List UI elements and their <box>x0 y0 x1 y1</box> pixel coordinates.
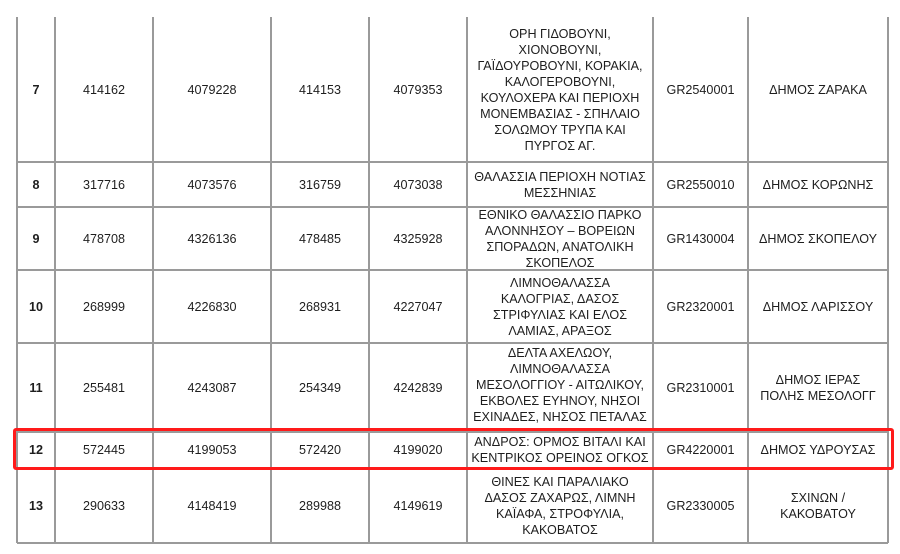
coord-x1-text: 414162 <box>83 82 125 98</box>
municipality-text: ΔΗΜΟΣ ΖΑΡΑΚΑ <box>769 82 867 98</box>
coord-y1-text: 4226830 <box>187 299 236 315</box>
table-row-divider <box>17 342 888 344</box>
coord-y2-cell: 4227047 <box>369 270 467 343</box>
row-index-cell: 8 <box>17 162 55 207</box>
municipality-cell: ΣΧΙΝΩΝ / ΚΑΚΟΒΑΤΟΥ <box>748 468 888 543</box>
municipality-cell: ΔΗΜΟΣ ΖΑΡΑΚΑ <box>748 17 888 162</box>
coord-y1-text: 4199053 <box>187 442 236 458</box>
municipality-cell: ΔΗΜΟΣ ΣΚΟΠΕΛΟΥ <box>748 207 888 270</box>
site-code-text: GR2540001 <box>667 82 735 98</box>
site-code-text: GR4220001 <box>667 442 735 458</box>
area-name-text: ΘΑΛΑΣΣΙΑ ΠΕΡΙΟΧΗ ΝΟΤΙΑΣ ΜΕΣΣΗΝΙΑΣ <box>474 169 646 201</box>
table-column-divider <box>16 17 18 543</box>
coord-y2-text: 4199020 <box>393 442 442 458</box>
area-name-text: ΔΕΛΤΑ ΑΧΕΛΩΟΥ, ΛΙΜΝΟΘΑΛΑΣΣΑ ΜΕΣΟΛΟΓΓΙΟΥ … <box>473 345 647 425</box>
site-code-text: GR2550010 <box>667 177 735 193</box>
area-name-cell: ΕΘΝΙΚΟ ΘΑΛΑΣΣΙΟ ΠΑΡΚΟ ΑΛΟΝΝΗΣΟΥ – ΒΟΡΕΙΩ… <box>467 207 653 270</box>
municipality-text: ΔΗΜΟΣ ΛΑΡΙΣΣΟΥ <box>763 299 873 315</box>
coord-x2-text: 572420 <box>299 442 341 458</box>
municipality-text: ΔΗΜΟΣ ΙΕΡΑΣ ΠΟΛΗΣ ΜΕΣΟΛΟΓΓ <box>760 372 876 404</box>
row-index-text: 13 <box>29 498 43 514</box>
row-index-text: 8 <box>32 177 39 193</box>
table-row-divider <box>17 431 888 433</box>
coord-x1-text: 572445 <box>83 442 125 458</box>
municipality-cell: ΔΗΜΟΣ ΥΔΡΟΥΣΑΣ <box>748 432 888 468</box>
row-index-text: 9 <box>32 231 39 247</box>
municipality-cell: ΔΗΜΟΣ ΚΟΡΩΝΗΣ <box>748 162 888 207</box>
area-name-cell: ΑΝΔΡΟΣ: ΟΡΜΟΣ ΒΙΤΑΛΙ ΚΑΙ ΚΕΝΤΡΙΚΟΣ ΟΡΕΙΝ… <box>467 432 653 468</box>
row-index-cell: 10 <box>17 270 55 343</box>
site-code-cell: GR2320001 <box>653 270 748 343</box>
area-name-cell: ΟΡΗ ΓΙΔΟΒΟΥΝΙ, ΧΙΟΝΟΒΟΥΝΙ, ΓΑΪΔΟΥΡΟΒΟΥΝΙ… <box>467 17 653 162</box>
coord-y2-cell: 4242839 <box>369 343 467 432</box>
coord-x1-text: 317716 <box>83 177 125 193</box>
row-index-cell: 12 <box>17 432 55 468</box>
coord-x1-text: 290633 <box>83 498 125 514</box>
municipality-text: ΣΧΙΝΩΝ / ΚΑΚΟΒΑΤΟΥ <box>780 490 856 522</box>
coord-x1-cell: 255481 <box>55 343 153 432</box>
table-row-divider <box>17 161 888 163</box>
area-name-text: ΘΙΝΕΣ ΚΑΙ ΠΑΡΑΛΙΑΚΟ ΔΑΣΟΣ ΖΑΧΑΡΩΣ, ΛΙΜΝΗ… <box>484 474 635 538</box>
site-code-cell: GR2540001 <box>653 17 748 162</box>
coord-x1-text: 268999 <box>83 299 125 315</box>
coord-x2-text: 268931 <box>299 299 341 315</box>
document-page: 741416240792284141534079353ΟΡΗ ΓΙΔΟΒΟΥΝΙ… <box>0 0 900 554</box>
coord-y2-text: 4325928 <box>393 231 442 247</box>
table-row-divider <box>17 542 888 544</box>
table-column-divider <box>652 17 654 543</box>
area-name-text: ΕΘΝΙΚΟ ΘΑΛΑΣΣΙΟ ΠΑΡΚΟ ΑΛΟΝΝΗΣΟΥ – ΒΟΡΕΙΩ… <box>479 207 642 270</box>
municipality-cell: ΔΗΜΟΣ ΙΕΡΑΣ ΠΟΛΗΣ ΜΕΣΟΛΟΓΓ <box>748 343 888 432</box>
area-name-cell: ΘΙΝΕΣ ΚΑΙ ΠΑΡΑΛΙΑΚΟ ΔΑΣΟΣ ΖΑΧΑΡΩΣ, ΛΙΜΝΗ… <box>467 468 653 543</box>
area-name-text: ΟΡΗ ΓΙΔΟΒΟΥΝΙ, ΧΙΟΝΟΒΟΥΝΙ, ΓΑΪΔΟΥΡΟΒΟΥΝΙ… <box>477 26 642 154</box>
coord-y1-text: 4073576 <box>187 177 236 193</box>
table-column-divider <box>887 17 889 543</box>
coord-y2-text: 4073038 <box>393 177 442 193</box>
coord-x2-text: 414153 <box>299 82 341 98</box>
row-index-cell: 7 <box>17 17 55 162</box>
area-name-text: ΛΙΜΝΟΘΑΛΑΣΣΑ ΚΑΛΟΓΡΙΑΣ, ΔΑΣΟΣ ΣΤΡΙΦΥΛΙΑΣ… <box>493 275 627 339</box>
coord-y2-cell: 4325928 <box>369 207 467 270</box>
coord-x2-text: 254349 <box>299 380 341 396</box>
site-code-text: GR2320001 <box>667 299 735 315</box>
coord-y2-cell: 4149619 <box>369 468 467 543</box>
table-column-divider <box>270 17 272 543</box>
site-code-cell: GR1430004 <box>653 207 748 270</box>
coord-y1-cell: 4226830 <box>153 270 271 343</box>
site-code-text: GR1430004 <box>667 231 735 247</box>
coord-x2-text: 478485 <box>299 231 341 247</box>
area-name-cell: ΔΕΛΤΑ ΑΧΕΛΩΟΥ, ΛΙΜΝΟΘΑΛΑΣΣΑ ΜΕΣΟΛΟΓΓΙΟΥ … <box>467 343 653 432</box>
coord-y1-text: 4243087 <box>187 380 236 396</box>
coord-x2-text: 316759 <box>299 177 341 193</box>
table-row-divider <box>17 206 888 208</box>
coord-x1-cell: 414162 <box>55 17 153 162</box>
site-code-text: GR2330005 <box>667 498 735 514</box>
table-row-divider <box>17 269 888 271</box>
coord-y2-cell: 4073038 <box>369 162 467 207</box>
coord-x2-cell: 572420 <box>271 432 369 468</box>
row-index-text: 11 <box>29 380 42 396</box>
row-index-cell: 9 <box>17 207 55 270</box>
site-code-cell: GR2550010 <box>653 162 748 207</box>
coord-y2-text: 4149619 <box>393 498 442 514</box>
coord-y1-cell: 4073576 <box>153 162 271 207</box>
coord-x2-cell: 289988 <box>271 468 369 543</box>
coord-x1-cell: 317716 <box>55 162 153 207</box>
area-name-cell: ΛΙΜΝΟΘΑΛΑΣΣΑ ΚΑΛΟΓΡΙΑΣ, ΔΑΣΟΣ ΣΤΡΙΦΥΛΙΑΣ… <box>467 270 653 343</box>
table-row-divider <box>17 467 888 469</box>
table-column-divider <box>54 17 56 543</box>
municipality-text: ΔΗΜΟΣ ΚΟΡΩΝΗΣ <box>763 177 874 193</box>
coord-y1-cell: 4243087 <box>153 343 271 432</box>
coord-y1-cell: 4326136 <box>153 207 271 270</box>
coord-x2-cell: 316759 <box>271 162 369 207</box>
table-column-divider <box>368 17 370 543</box>
coord-x2-cell: 414153 <box>271 17 369 162</box>
row-index-text: 7 <box>32 82 39 98</box>
coord-y1-text: 4079228 <box>187 82 236 98</box>
coord-x1-text: 478708 <box>83 231 125 247</box>
coord-x1-cell: 268999 <box>55 270 153 343</box>
coord-y1-cell: 4079228 <box>153 17 271 162</box>
site-code-text: GR2310001 <box>667 380 735 396</box>
coord-y2-text: 4227047 <box>393 299 442 315</box>
table-column-divider <box>152 17 154 543</box>
area-name-cell: ΘΑΛΑΣΣΙΑ ΠΕΡΙΟΧΗ ΝΟΤΙΑΣ ΜΕΣΣΗΝΙΑΣ <box>467 162 653 207</box>
row-index-cell: 13 <box>17 468 55 543</box>
coord-y1-cell: 4199053 <box>153 432 271 468</box>
site-code-cell: GR4220001 <box>653 432 748 468</box>
site-code-cell: GR2330005 <box>653 468 748 543</box>
row-index-text: 10 <box>29 299 43 315</box>
coord-y2-cell: 4199020 <box>369 432 467 468</box>
coord-y1-text: 4326136 <box>187 231 236 247</box>
coord-x1-cell: 572445 <box>55 432 153 468</box>
coord-y2-text: 4079353 <box>393 82 442 98</box>
coord-x2-cell: 268931 <box>271 270 369 343</box>
coord-y1-text: 4148419 <box>187 498 236 514</box>
coord-x2-cell: 478485 <box>271 207 369 270</box>
coord-x1-cell: 478708 <box>55 207 153 270</box>
coord-y2-cell: 4079353 <box>369 17 467 162</box>
table-column-divider <box>747 17 749 543</box>
area-name-text: ΑΝΔΡΟΣ: ΟΡΜΟΣ ΒΙΤΑΛΙ ΚΑΙ ΚΕΝΤΡΙΚΟΣ ΟΡΕΙΝ… <box>471 434 648 466</box>
site-code-cell: GR2310001 <box>653 343 748 432</box>
coord-x1-cell: 290633 <box>55 468 153 543</box>
coord-y2-text: 4242839 <box>393 380 442 396</box>
coord-x2-text: 289988 <box>299 498 341 514</box>
coord-y1-cell: 4148419 <box>153 468 271 543</box>
coord-x1-text: 255481 <box>83 380 125 396</box>
row-index-text: 12 <box>29 442 43 458</box>
coord-x2-cell: 254349 <box>271 343 369 432</box>
row-index-cell: 11 <box>17 343 55 432</box>
municipality-cell: ΔΗΜΟΣ ΛΑΡΙΣΣΟΥ <box>748 270 888 343</box>
table-column-divider <box>466 17 468 543</box>
municipality-text: ΔΗΜΟΣ ΣΚΟΠΕΛΟΥ <box>759 231 877 247</box>
municipality-text: ΔΗΜΟΣ ΥΔΡΟΥΣΑΣ <box>761 442 876 458</box>
